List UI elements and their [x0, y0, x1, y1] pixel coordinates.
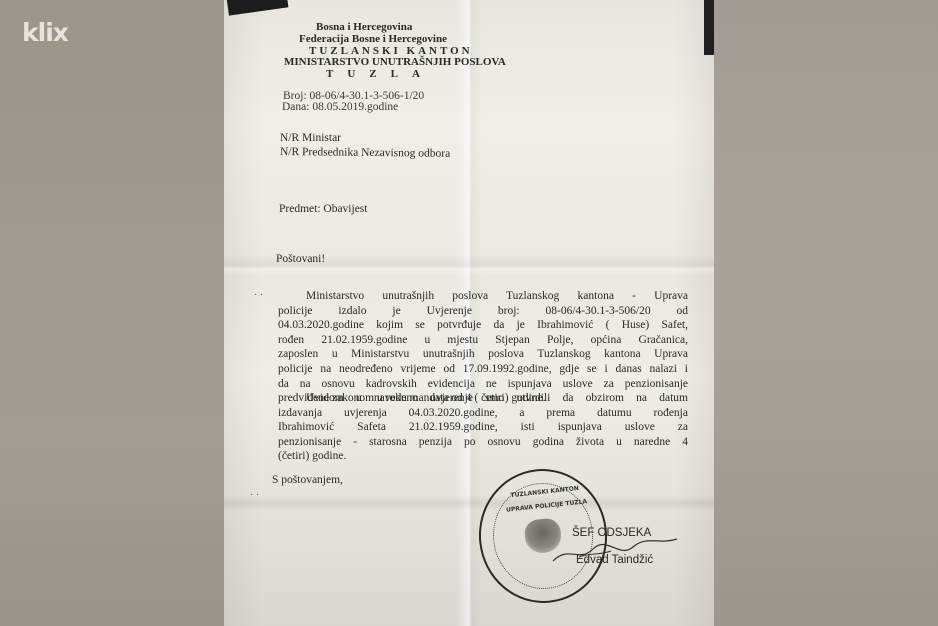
- paragraph-1-line: da na osnovu kadrovskih evidencija ne is…: [278, 377, 688, 392]
- right-blurred-background: [714, 0, 938, 626]
- klix-logo: klix: [22, 18, 68, 47]
- paragraph-2-line: (četiri) godine.: [278, 449, 688, 464]
- margin-mark: · ·: [250, 490, 259, 501]
- body-paragraph-1: Ministarstvo unutrašnjih poslova Tuzlans…: [278, 289, 688, 406]
- letterhead-line-5: TUZLA: [326, 68, 434, 80]
- paragraph-1-line: policije izdalo je Uvjerenje broj: 08-06…: [278, 304, 688, 319]
- signatory-name: Edvad Taindžić: [576, 554, 653, 566]
- paragraph-2-line: izdavanja uvjerenja 04.03.2020.godine, a…: [278, 406, 688, 421]
- paper-fold-horizontal-lower: [224, 495, 714, 511]
- paragraph-1-line: policije na neodređeno vrijeme od 17.09.…: [278, 362, 688, 377]
- document-photo: Bosna i Hercegovina Federacija Bosne i H…: [224, 0, 714, 626]
- left-blurred-background: klix: [0, 0, 224, 626]
- paragraph-1-line: 04.03.2020.godine kojim se potvrđuje da …: [278, 318, 688, 333]
- photo-dark-edge: [704, 0, 714, 55]
- paragraph-2-line: penzionisanje - starosna penzija po osno…: [278, 435, 688, 450]
- subject-line: Predmet: Obavijest: [279, 203, 367, 215]
- paragraph-2-line: Uvidom u navedeno uvjerenje smo utvrdili…: [278, 391, 688, 406]
- paragraph-2-line: Ibrahimović Safeta 21.02.1959.godine, is…: [278, 420, 688, 435]
- paragraph-1-line: Ministarstvo unutrašnjih poslova Tuzlans…: [278, 289, 688, 304]
- paragraph-1-line: rođen 21.02.1959.godine u mjestu Stjepan…: [278, 333, 688, 348]
- recipient-2: N/R Predsednika Nezavisnog odbora: [280, 146, 450, 160]
- document-date: Dana: 08.05.2019.godine: [282, 101, 398, 113]
- margin-mark: · ·: [254, 290, 263, 301]
- photo-dark-corner: [224, 0, 288, 16]
- paragraph-1-line: zaposlen u Ministarstvu unutrašnjih posl…: [278, 347, 688, 362]
- letterhead-line-4: MINISTARSTVO UNUTRAŠNJIH POSLOVA: [284, 56, 506, 68]
- salutation: Poštovani!: [276, 253, 325, 265]
- closing-line: S poštovanjem,: [272, 474, 343, 486]
- letterhead-line-1: Bosna i Hercegovina: [316, 21, 412, 33]
- letterhead-line-2: Federacija Bosne i Hercegovine: [299, 33, 447, 45]
- recipient-1: N/R Ministar: [280, 132, 341, 144]
- body-paragraph-2: Uvidom u navedeno uvjerenje smo utvrdili…: [278, 391, 688, 464]
